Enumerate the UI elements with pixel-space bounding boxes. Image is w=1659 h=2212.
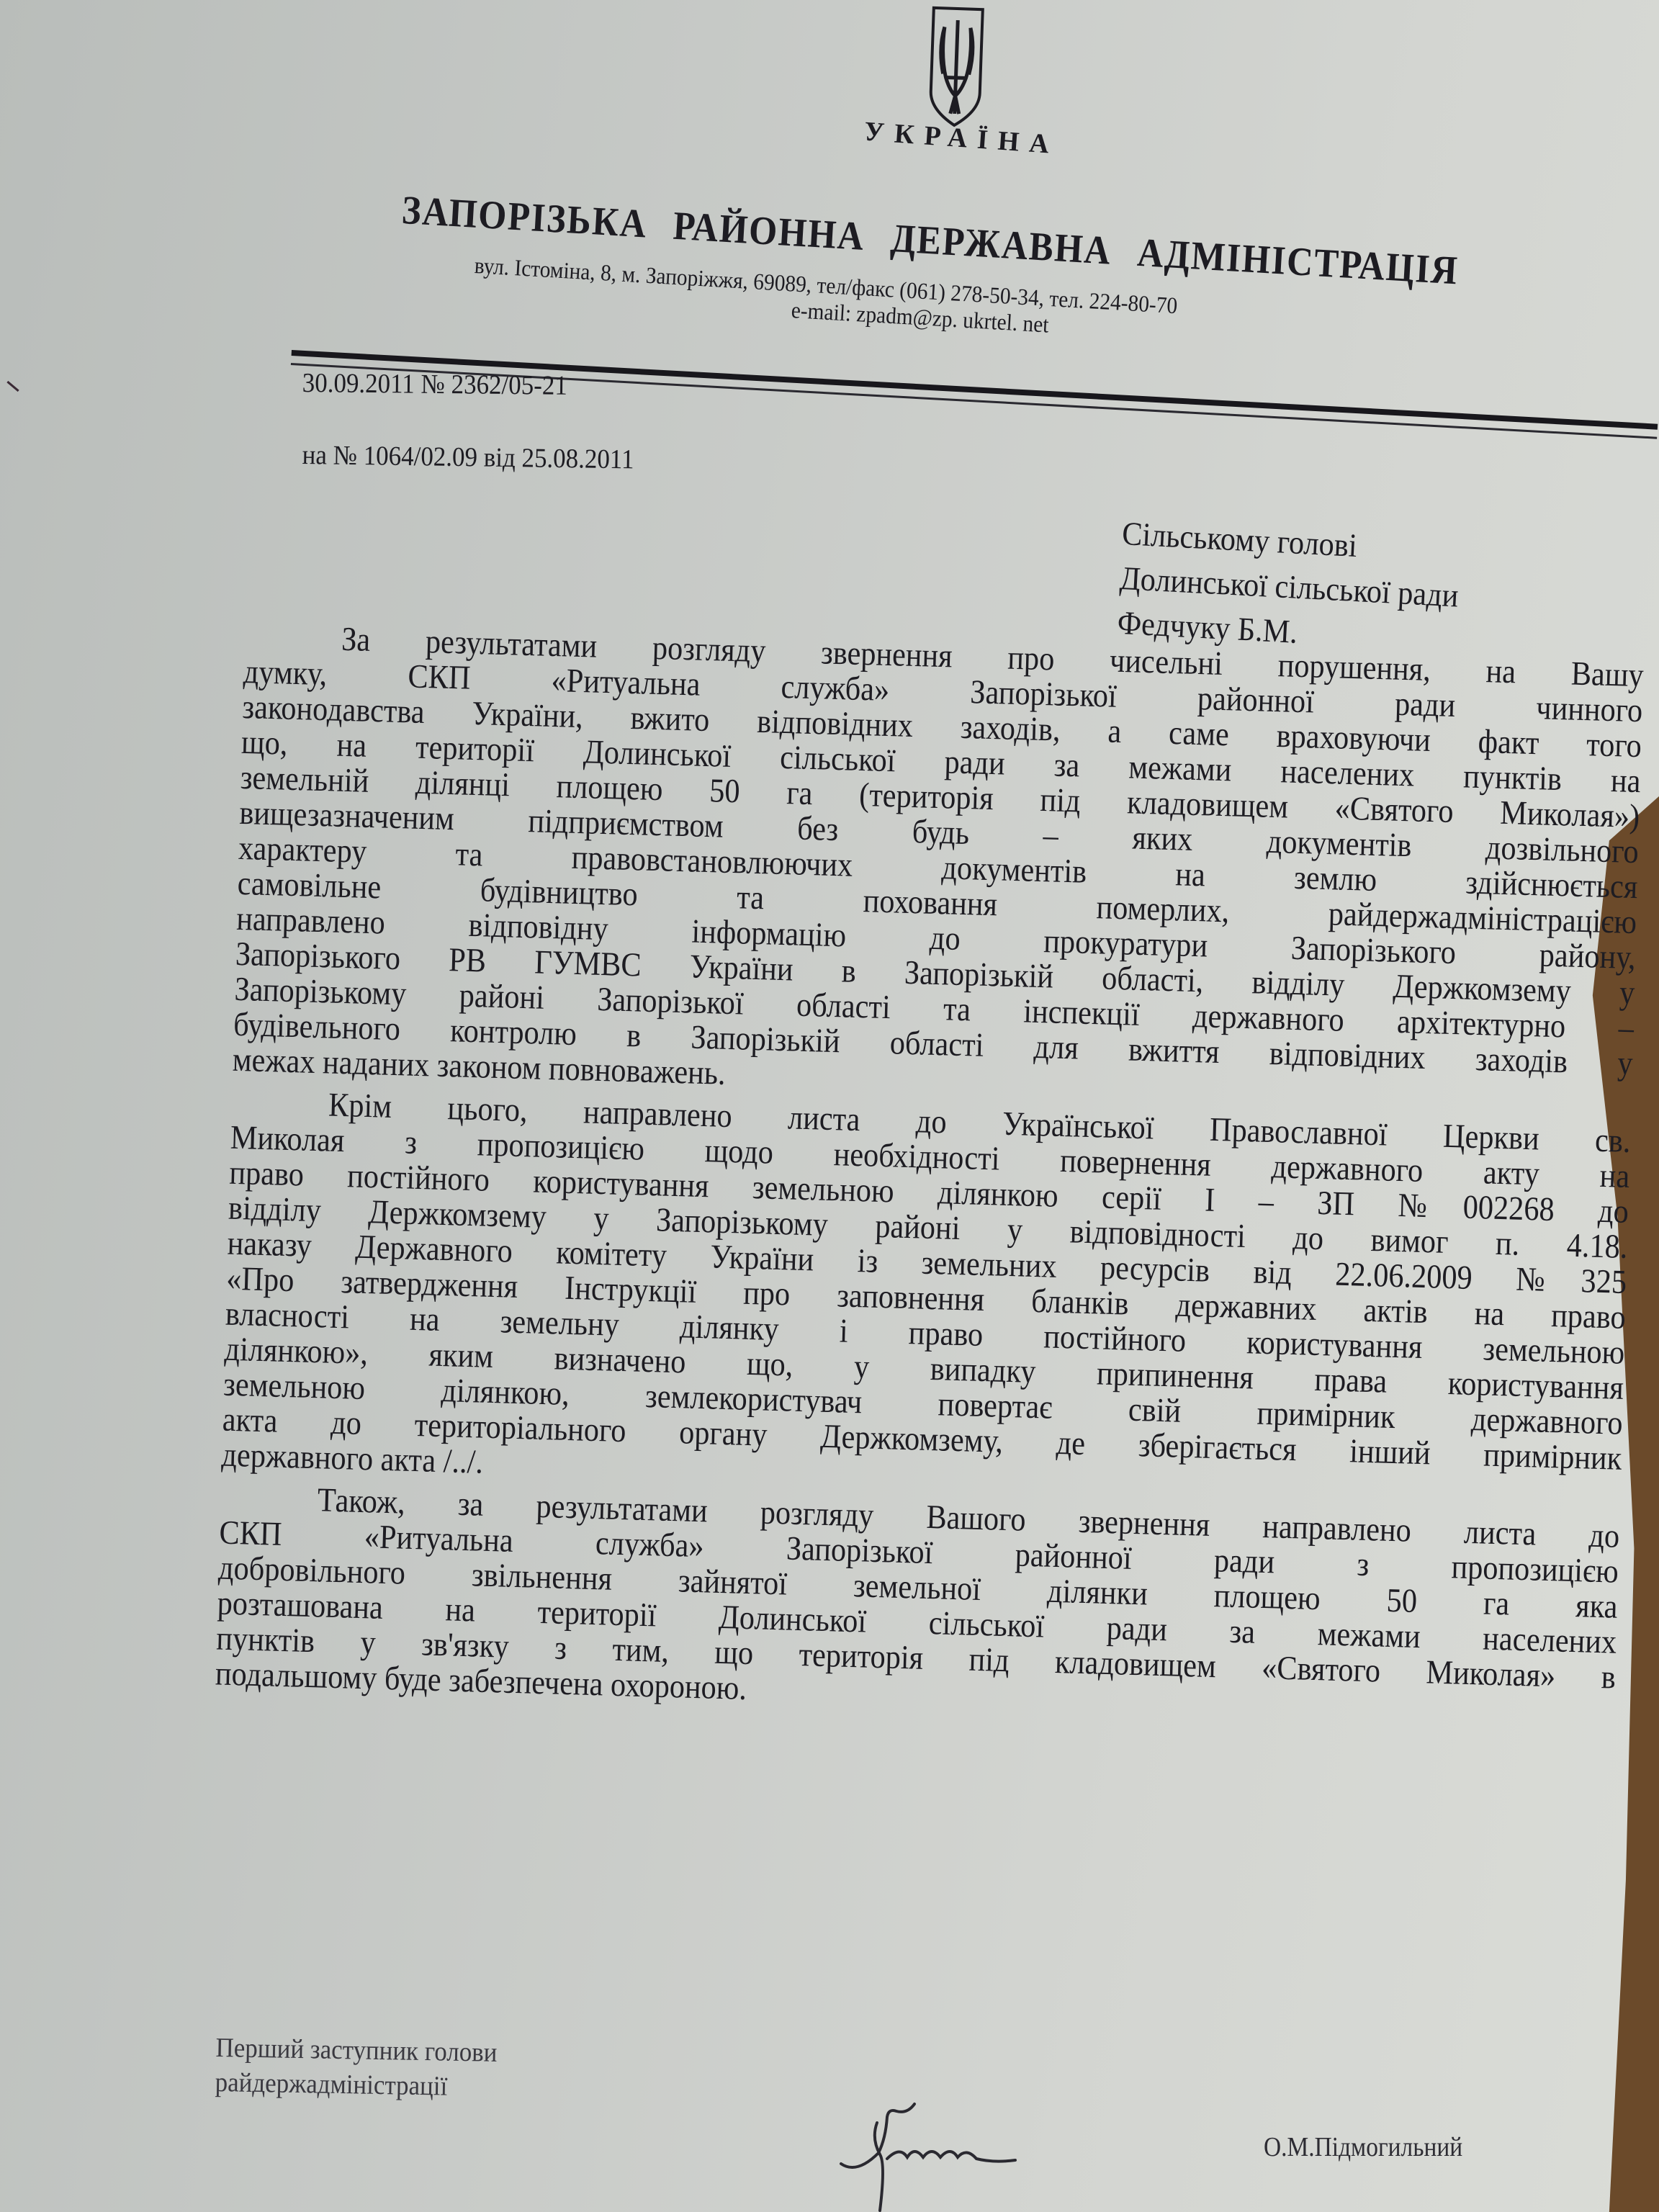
trident-coat-of-arms-icon [927,5,986,130]
signatory-title-line: Перший заступник голови [215,2031,498,2070]
signatory-title: Перший заступник голови райдержадміністр… [215,2031,498,2105]
signatory-name: О.М.Підмогильний [1264,2131,1462,2163]
addressee-block: Сільському голові Долинської сільської р… [1116,511,1462,662]
pen-mark [6,381,19,392]
country-name: УКРАЇНА [863,116,1060,161]
paragraph-3: Також, за результатами розгляду Вашого з… [215,1480,1619,1731]
paragraph-2: Крім цього, направлено листа до Українсь… [221,1085,1631,1512]
letter-document: УКРАЇНА ЗАПОРІЗЬКА РАЙОННА ДЕРЖАВНА АДМІ… [0,0,1659,2212]
outgoing-reference: 30.09.2011 № 2362/05-21 [302,367,567,402]
signatory-title-line: райдержадміністрації [215,2065,497,2105]
paragraph-1: За результатами розгляду звернення про ч… [232,619,1644,1117]
in-reply-to-reference: на № 1064/02.09 від 25.08.2011 [302,439,634,475]
letter-body: За результатами розгляду звернення про ч… [215,619,1648,1738]
handwritten-signature-icon [835,2095,1037,2212]
